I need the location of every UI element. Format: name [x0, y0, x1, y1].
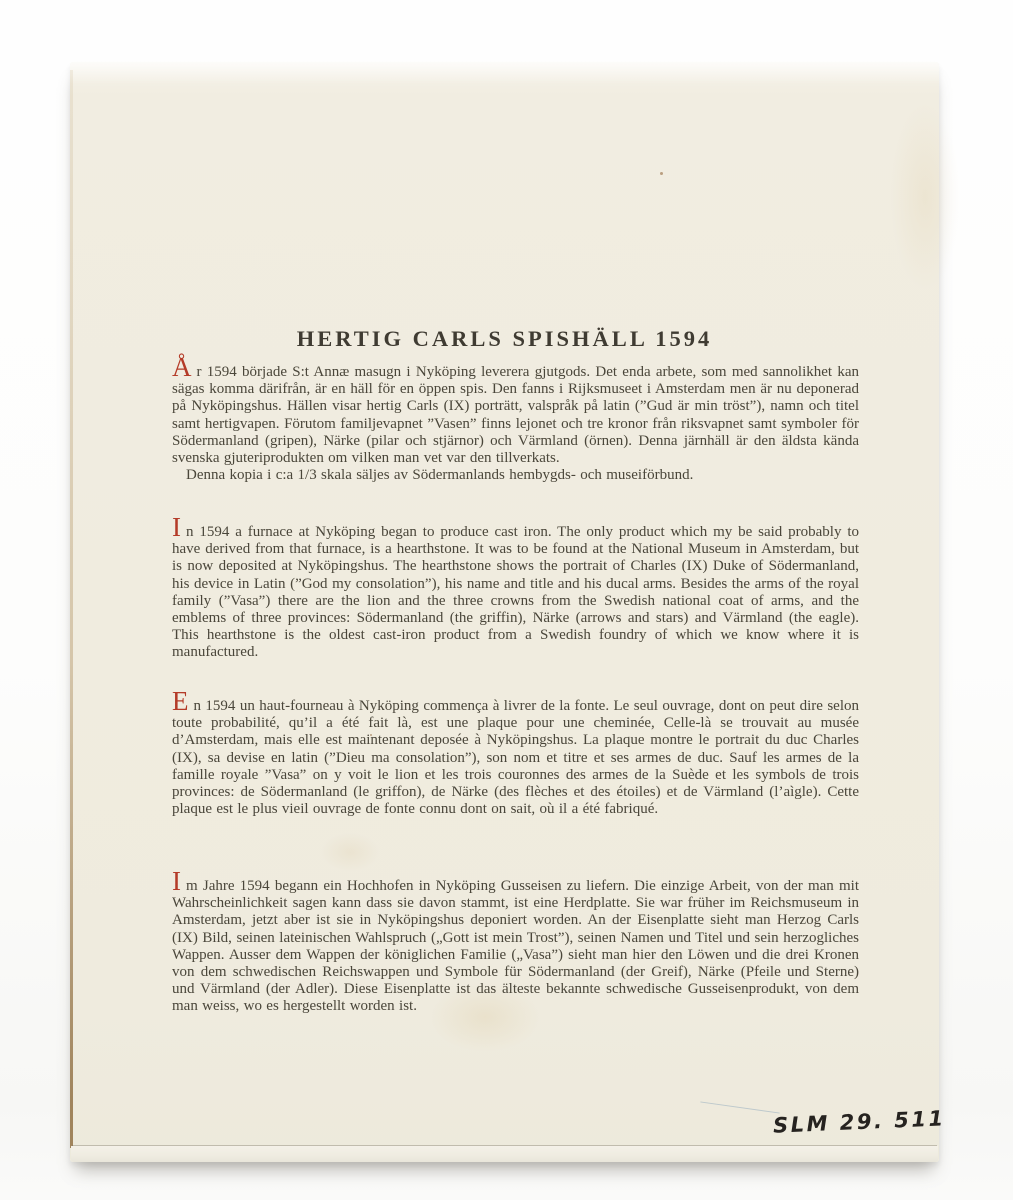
- document-title: HERTIG CARLS SPISHÄLL 1594: [70, 326, 939, 352]
- paper-stain: [890, 102, 960, 292]
- inventory-mark: SLM 29. 511: [773, 1106, 946, 1138]
- paragraph-german: Im Jahre 1594 begann ein Hochhofen in Ny…: [172, 876, 859, 1016]
- paper-scratch: [700, 1101, 779, 1113]
- lid-lower-edge: [71, 1146, 938, 1162]
- drop-cap-french: E: [172, 686, 194, 716]
- paragraph-body: In 1594 a furnace at Nyköping began to p…: [172, 522, 859, 662]
- paragraph-text: n 1594 un haut-fourneau à Nyköping comme…: [172, 698, 859, 817]
- paragraph-text: n 1594 a furnace at Nyköping began to pr…: [172, 524, 859, 660]
- paragraph-text: r 1594 började S:t Annæ masugn i Nyköpin…: [172, 364, 859, 466]
- printed-card: HERTIG CARLS SPISHÄLL 1594 År 1594 börja…: [70, 62, 939, 1162]
- paragraph-note: Denna kopia i c:a 1/3 skala säljes av Sö…: [172, 467, 859, 484]
- paper-stain: [320, 832, 380, 872]
- drop-cap-swedish: Å: [172, 352, 197, 382]
- paper-speck: [660, 172, 663, 175]
- paragraph-english: In 1594 a furnace at Nyköping began to p…: [172, 522, 859, 662]
- paragraph-body: En 1594 un haut-fourneau à Nyköping comm…: [172, 696, 859, 818]
- drop-cap-german: I: [172, 866, 186, 896]
- paragraph-body: Im Jahre 1594 begann ein Hochhofen in Ny…: [172, 876, 859, 1016]
- card-left-edge: [70, 70, 73, 1148]
- paragraph-french: En 1594 un haut-fourneau à Nyköping comm…: [172, 696, 859, 818]
- paragraph-swedish: År 1594 började S:t Annæ masugn i Nyköpi…: [172, 362, 859, 484]
- drop-cap-english: I: [172, 512, 186, 542]
- photo-background: HERTIG CARLS SPISHÄLL 1594 År 1594 börja…: [0, 0, 1013, 1200]
- paragraph-body: År 1594 började S:t Annæ masugn i Nyköpi…: [172, 362, 859, 467]
- paragraph-text: m Jahre 1594 begann ein Hochhofen in Nyk…: [172, 878, 859, 1014]
